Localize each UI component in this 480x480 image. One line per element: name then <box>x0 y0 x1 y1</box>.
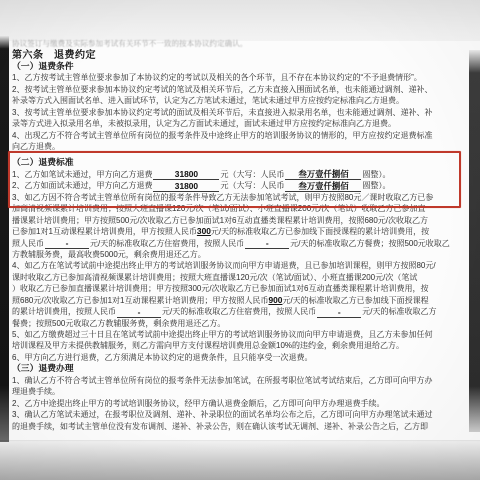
photo-bottom-gray-band <box>0 442 480 480</box>
contract-body-text: 协议签订与缴费及实际参加考试有关环节不一致的按本协议约定确认。第六条 退费约定（… <box>12 39 464 432</box>
doc-line: 1、确认乙方不符合考试主管单位所有岗位的报考条件无法参加笔试，在所报考职位笔试考… <box>12 375 464 386</box>
text-segment: 的累计培训费用，按照人民币 <box>12 307 116 316</box>
text-segment: 加高清视频课累计培训费用；按照大班直播课120元/次（笔试/面试）、小班直播课2… <box>12 204 425 213</box>
text-segment: 的退费手续，如考试主管单位没有发布调剂、递补、补录公告，则在确认该考试无调剂、递… <box>12 422 428 431</box>
doc-line: 录等方式进入拟录用名单，未被拟录用，认定为乙方面试未通过，面试未通过甲方应按约定… <box>12 118 464 129</box>
doc-line: 2、乙方中途提出终止甲方的考试培训服务协议，经甲方确认退费金额后，乙方即可向甲方… <box>12 398 464 409</box>
refund-amount-line-written-test: 1、乙方如笔试未通过，甲方向乙方退费31800元（大写：人民币叁万壹仟捌佰圆整）… <box>12 169 464 180</box>
text-segment: 3、如乙方因不符合考试主管单位所有岗位的报考条件导致乙方无法参加笔试考试，则甲方… <box>12 193 433 202</box>
filled-blank-value: 300 <box>197 226 211 236</box>
article-heading: 第六条 退费约定 <box>12 50 464 61</box>
text-segment: 2、乙方如面试未通过，甲方向乙方退费 <box>12 181 152 190</box>
doc-line: 2、按考试主管单位要求参加本协议约定考试的笔试及相关环节后，乙方未直接入围面试名… <box>12 84 464 95</box>
doc-line: 1、乙方按考试主管单位要求参加了本协议约定的考试以及相关的各个环节，且不存在本协… <box>12 72 464 83</box>
refund-amount-line-interview: 2、乙方如面试未通过，甲方向乙方退费31800元（大写：人民币叁万壹仟捌佰圆整）… <box>12 180 464 191</box>
text-segment: 6、甲方向乙方进行退费，乙方须满足本协议约定的退费条件，且只能享受一次退费。 <box>12 353 312 362</box>
doc-line: 3、如乙方因不符合考试主管单位所有岗位的报考条件导致乙方无法参加笔试考试，则甲方… <box>12 192 464 203</box>
text-segment: 1、乙方按考试主管单位要求参加了本协议约定的考试以及相关的各个环节，且不存在本协… <box>12 73 422 82</box>
text-segment: 培训课程及甲方未提供教辅服务，则乙方需向甲方支付课程培训费用总金额10%的违约金… <box>12 341 404 350</box>
text-segment: 4、出现乙方不符合考试主管单位所有岗位的报考条件及中途终止甲方的培训服务协议的情… <box>12 131 432 140</box>
text-segment: 5、如乙方缴费超过三十日且在笔试考试前中途提出终止甲方的考试培训服务协议而向甲方… <box>12 330 432 339</box>
doc-line: 播课累计培训费用；甲方按照500元/次收取乙方已参加面试1对6互动直播类课程累计… <box>12 215 464 226</box>
faded-previous-clause: 协议签订与缴费及实际参加考试有关环节不一致的按本协议约定确认。 <box>12 39 464 50</box>
text-segment: 补录等方式入围面试名单、进入面试环节，认定为乙方笔试未通过，笔试未通过甲方应按约… <box>12 96 404 105</box>
doc-line: 5、如乙方缴费超过三十日且在笔试考试前中途提出终止甲方的考试培训服务协议而向甲方… <box>12 329 464 340</box>
text-segment: 方教辅服务费，最高收费5000元，剩余费用退还乙方。 <box>12 250 206 259</box>
text-segment: 已参加1对1互动课程累计培训费用，甲方按照人民币 <box>12 227 197 236</box>
doc-line: 补录等方式入围面试名单、进入面试环节，认定为乙方笔试未通过，笔试未通过甲方应按约… <box>12 95 464 106</box>
text-segment: 元/天的标准收取乙方 <box>362 307 436 316</box>
text-segment: 元/天的标准收取乙方餐费；按照500元收取乙 <box>290 239 450 248</box>
text-segment: （二）退费标准 <box>12 157 74 167</box>
doc-line: 照680元/次收取乙方已参加1对1互动课程累计培训费用；甲方按照人民币900元/… <box>12 295 464 306</box>
doc-line: 3、确认乙方笔试未通过，在报考职位及调剂、递补、补录职位的面试名单均公布之后，乙… <box>12 409 464 420</box>
doc-line: 的累计培训费用，按照人民币-元/天的标准收取乙方住宿费用，按照人民币-元/天的标… <box>12 306 464 317</box>
text-segment: 理退费手续。 <box>12 387 60 396</box>
subsection-heading-refund-conditions: （一）退费条件 <box>12 61 464 72</box>
contract-photo-screenshot: 协议签订与缴费及实际参加考试有关环节不一致的按本协议约定确认。第六条 退费约定（… <box>0 0 480 480</box>
text-segment: 3、确认乙方笔试未通过，在报考职位及调剂、递补、补录职位的面试名单均公布之后，乙… <box>12 410 432 419</box>
subsection-heading-refund-standard: （二）退费标准 <box>12 157 464 168</box>
doc-line: 的退费手续，如考试主管单位没有发布调剂、递补、补录公告，则在确认该考试无调剂、递… <box>12 421 464 432</box>
text-segment: 课时收取乙方已参加高清视频课累计培训费用；按照大班直播课120元/次（笔试/面试… <box>12 273 417 282</box>
text-segment: ）收取乙方已参加直播课累计培训费用；甲方按照300元/次收取乙方已参加面试1对6… <box>12 284 428 293</box>
text-segment: 元（大写：人民币 <box>220 181 284 190</box>
text-segment: （一）退费条件 <box>12 61 74 71</box>
text-segment: 元/天的标准收取乙方住宿费用，按照人民币 <box>162 307 316 316</box>
doc-line: 向乙方退费。 <box>12 141 464 152</box>
text-segment: 元（大写：人民币 <box>220 170 284 179</box>
text-segment: 1、确认乙方不符合考试主管单位所有岗位的报考条件无法参加笔试，在所报考职位笔试考… <box>12 376 432 385</box>
text-segment: 元/天的标准收取乙方已参加线下面授课程的累计培训费用，按 <box>211 227 429 236</box>
doc-line: 方教辅服务费，最高收费5000元，剩余费用退还乙方。 <box>12 249 464 260</box>
doc-line: 餐费；按照500元收取乙方教辅服务费，剩余费用退还乙方。 <box>12 318 464 329</box>
doc-line: 6、甲方向乙方进行退费，乙方须满足本协议约定的退费条件，且只能享受一次退费。 <box>12 352 464 363</box>
filled-blank-value: 叁万壹仟捌佰 <box>285 169 361 180</box>
filled-blank-value: 31800 <box>153 181 219 192</box>
doc-line: 培训课程及甲方未提供教辅服务，则乙方需向甲方支付课程培训费用总金额10%的违约金… <box>12 340 464 351</box>
text-segment: 元/天的标准收取乙方已参加线下面授课程 <box>282 296 428 305</box>
text-segment: 4、如乙方在笔试考试前中途提出终止甲方的考试培训服务协议而向甲方申请退费，且已参… <box>12 261 436 270</box>
doc-line: 照人民币-元/天的标准收取乙方住宿费用，按照人民币-元/天的标准收取乙方餐费；按… <box>12 238 464 249</box>
filled-blank-value: - <box>117 307 161 318</box>
doc-line: 4、如乙方在笔试考试前中途提出终止甲方的考试培训服务协议而向甲方申请退费，且已参… <box>12 260 464 271</box>
text-segment: 照人民币 <box>12 239 44 248</box>
filled-blank-value: 31800 <box>153 169 219 180</box>
doc-line: 4、出现乙方不符合考试主管单位所有岗位的报考条件及中途终止甲方的培训服务协议的情… <box>12 130 464 141</box>
text-segment: 播课累计培训费用；甲方按照500元/次收取乙方已参加面试1对6互动直播类课程累计… <box>12 216 428 225</box>
filled-blank-value: 900 <box>268 295 282 305</box>
filled-blank-value: - <box>245 238 289 249</box>
filled-blank-value: - <box>45 238 89 249</box>
doc-line: 3、按考试主管单位要求参加本协议约定考试的面试及相关环节后，未直接进入拟录用名单… <box>12 107 464 118</box>
text-segment: （三）退费办理 <box>12 363 74 373</box>
left-black-edge-bar <box>0 36 9 462</box>
text-segment: 照680元/次收取乙方已参加1对1互动课程累计培训费用；甲方按照人民币 <box>12 296 268 305</box>
text-segment: 餐费；按照500元收取乙方教辅服务费，剩余费用退还乙方。 <box>12 319 225 328</box>
doc-line: ）收取乙方已参加直播课累计培训费用；甲方按照300元/次收取乙方已参加面试1对6… <box>12 283 464 294</box>
text-segment: 第六条 退费约定 <box>12 50 96 61</box>
text-segment: 2、按考试主管单位要求参加本协议约定考试的笔试及相关环节后，乙方未直接入围面试名… <box>12 85 432 94</box>
text-segment: 圆整）。 <box>362 181 390 190</box>
filled-blank-value: 叁万壹仟捌佰 <box>285 181 361 192</box>
text-segment: 元/天的标准收取乙方住宿费用，按照人民币 <box>90 239 244 248</box>
text-segment: 3、按考试主管单位要求参加本协议约定考试的面试及相关环节后，未直接进入拟录用名单… <box>12 108 432 117</box>
text-segment: 协议签订与缴费及实际参加考试有关环节不一致的按本协议约定确认。 <box>12 39 247 48</box>
text-segment: 1、乙方如笔试未通过，甲方向乙方退费 <box>12 170 152 179</box>
text-segment: 向乙方退费。 <box>12 142 60 151</box>
subsection-heading-refund-procedure: （三）退费办理 <box>12 363 464 374</box>
text-segment: 2、乙方中途提出终止甲方的考试培训服务协议，经甲方确认退费金额后，乙方即可向甲方… <box>12 399 384 408</box>
doc-line: 理退费手续。 <box>12 386 464 397</box>
right-black-edge-bar <box>469 50 480 432</box>
text-segment: 录等方式进入拟录用名单，未被拟录用，认定为乙方面试未通过，面试未通过甲方应按约定… <box>12 119 396 128</box>
text-segment: 圆整）。 <box>362 170 390 179</box>
doc-line: 已参加1对1互动课程累计培训费用，甲方按照人民币300元/天的标准收取乙方已参加… <box>12 226 464 237</box>
photo-top-gray-band <box>0 0 480 41</box>
doc-line: 加高清视频课累计培训费用；按照大班直播课120元/次（笔试/面试）、小班直播课2… <box>12 203 464 214</box>
filled-blank-value: - <box>317 307 361 318</box>
doc-line: 课时收取乙方已参加高清视频课累计培训费用；按照大班直播课120元/次（笔试/面试… <box>12 272 464 283</box>
